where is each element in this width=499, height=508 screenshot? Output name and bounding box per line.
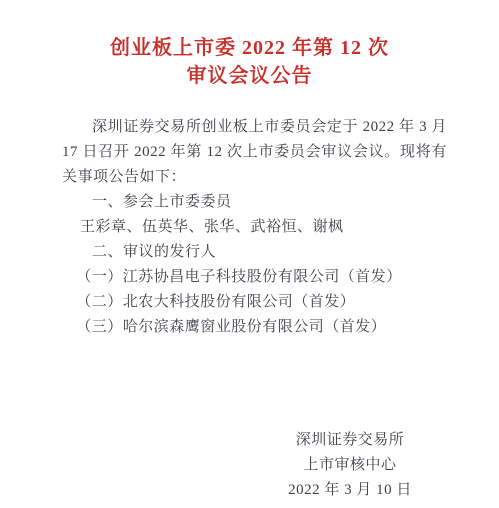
issuer-item-2: （二）北农大科技股份有限公司（首发） <box>62 290 447 315</box>
section2-heading: 二、审议的发行人 <box>62 240 447 265</box>
signature-date: 2022 年 3 月 10 日 <box>252 478 448 503</box>
intro-paragraph: 深圳证券交易所创业板上市委员会定于 2022 年 3 月 17 日召开 2022… <box>62 115 447 190</box>
issuer-item-1: （一）江苏协昌电子科技股份有限公司（首发） <box>62 265 447 290</box>
issuer-item-3: （三）哈尔滨森鹰窗业股份有限公司（首发） <box>62 315 447 340</box>
document-body: 深圳证券交易所创业板上市委员会定于 2022 年 3 月 17 日召开 2022… <box>62 115 447 340</box>
signature-org-line1: 深圳证券交易所 <box>252 428 448 453</box>
section1-heading: 一、参会上市委委员 <box>62 190 447 215</box>
signature-org-line2: 上市审核中心 <box>252 453 448 478</box>
announcement-document-page: 创业板上市委 2022 年第 12 次 审议会议公告 深圳证券交易所创业板上市委… <box>0 0 499 508</box>
document-title-line1: 创业板上市委 2022 年第 12 次 <box>0 34 499 62</box>
document-title-line2: 审议会议公告 <box>0 62 499 90</box>
committee-members-line: 王彩章、伍英华、张华、武裕恒、谢枫 <box>62 215 447 240</box>
signature-block: 深圳证券交易所 上市审核中心 2022 年 3 月 10 日 <box>252 428 448 503</box>
document-title: 创业板上市委 2022 年第 12 次 审议会议公告 <box>0 34 499 90</box>
